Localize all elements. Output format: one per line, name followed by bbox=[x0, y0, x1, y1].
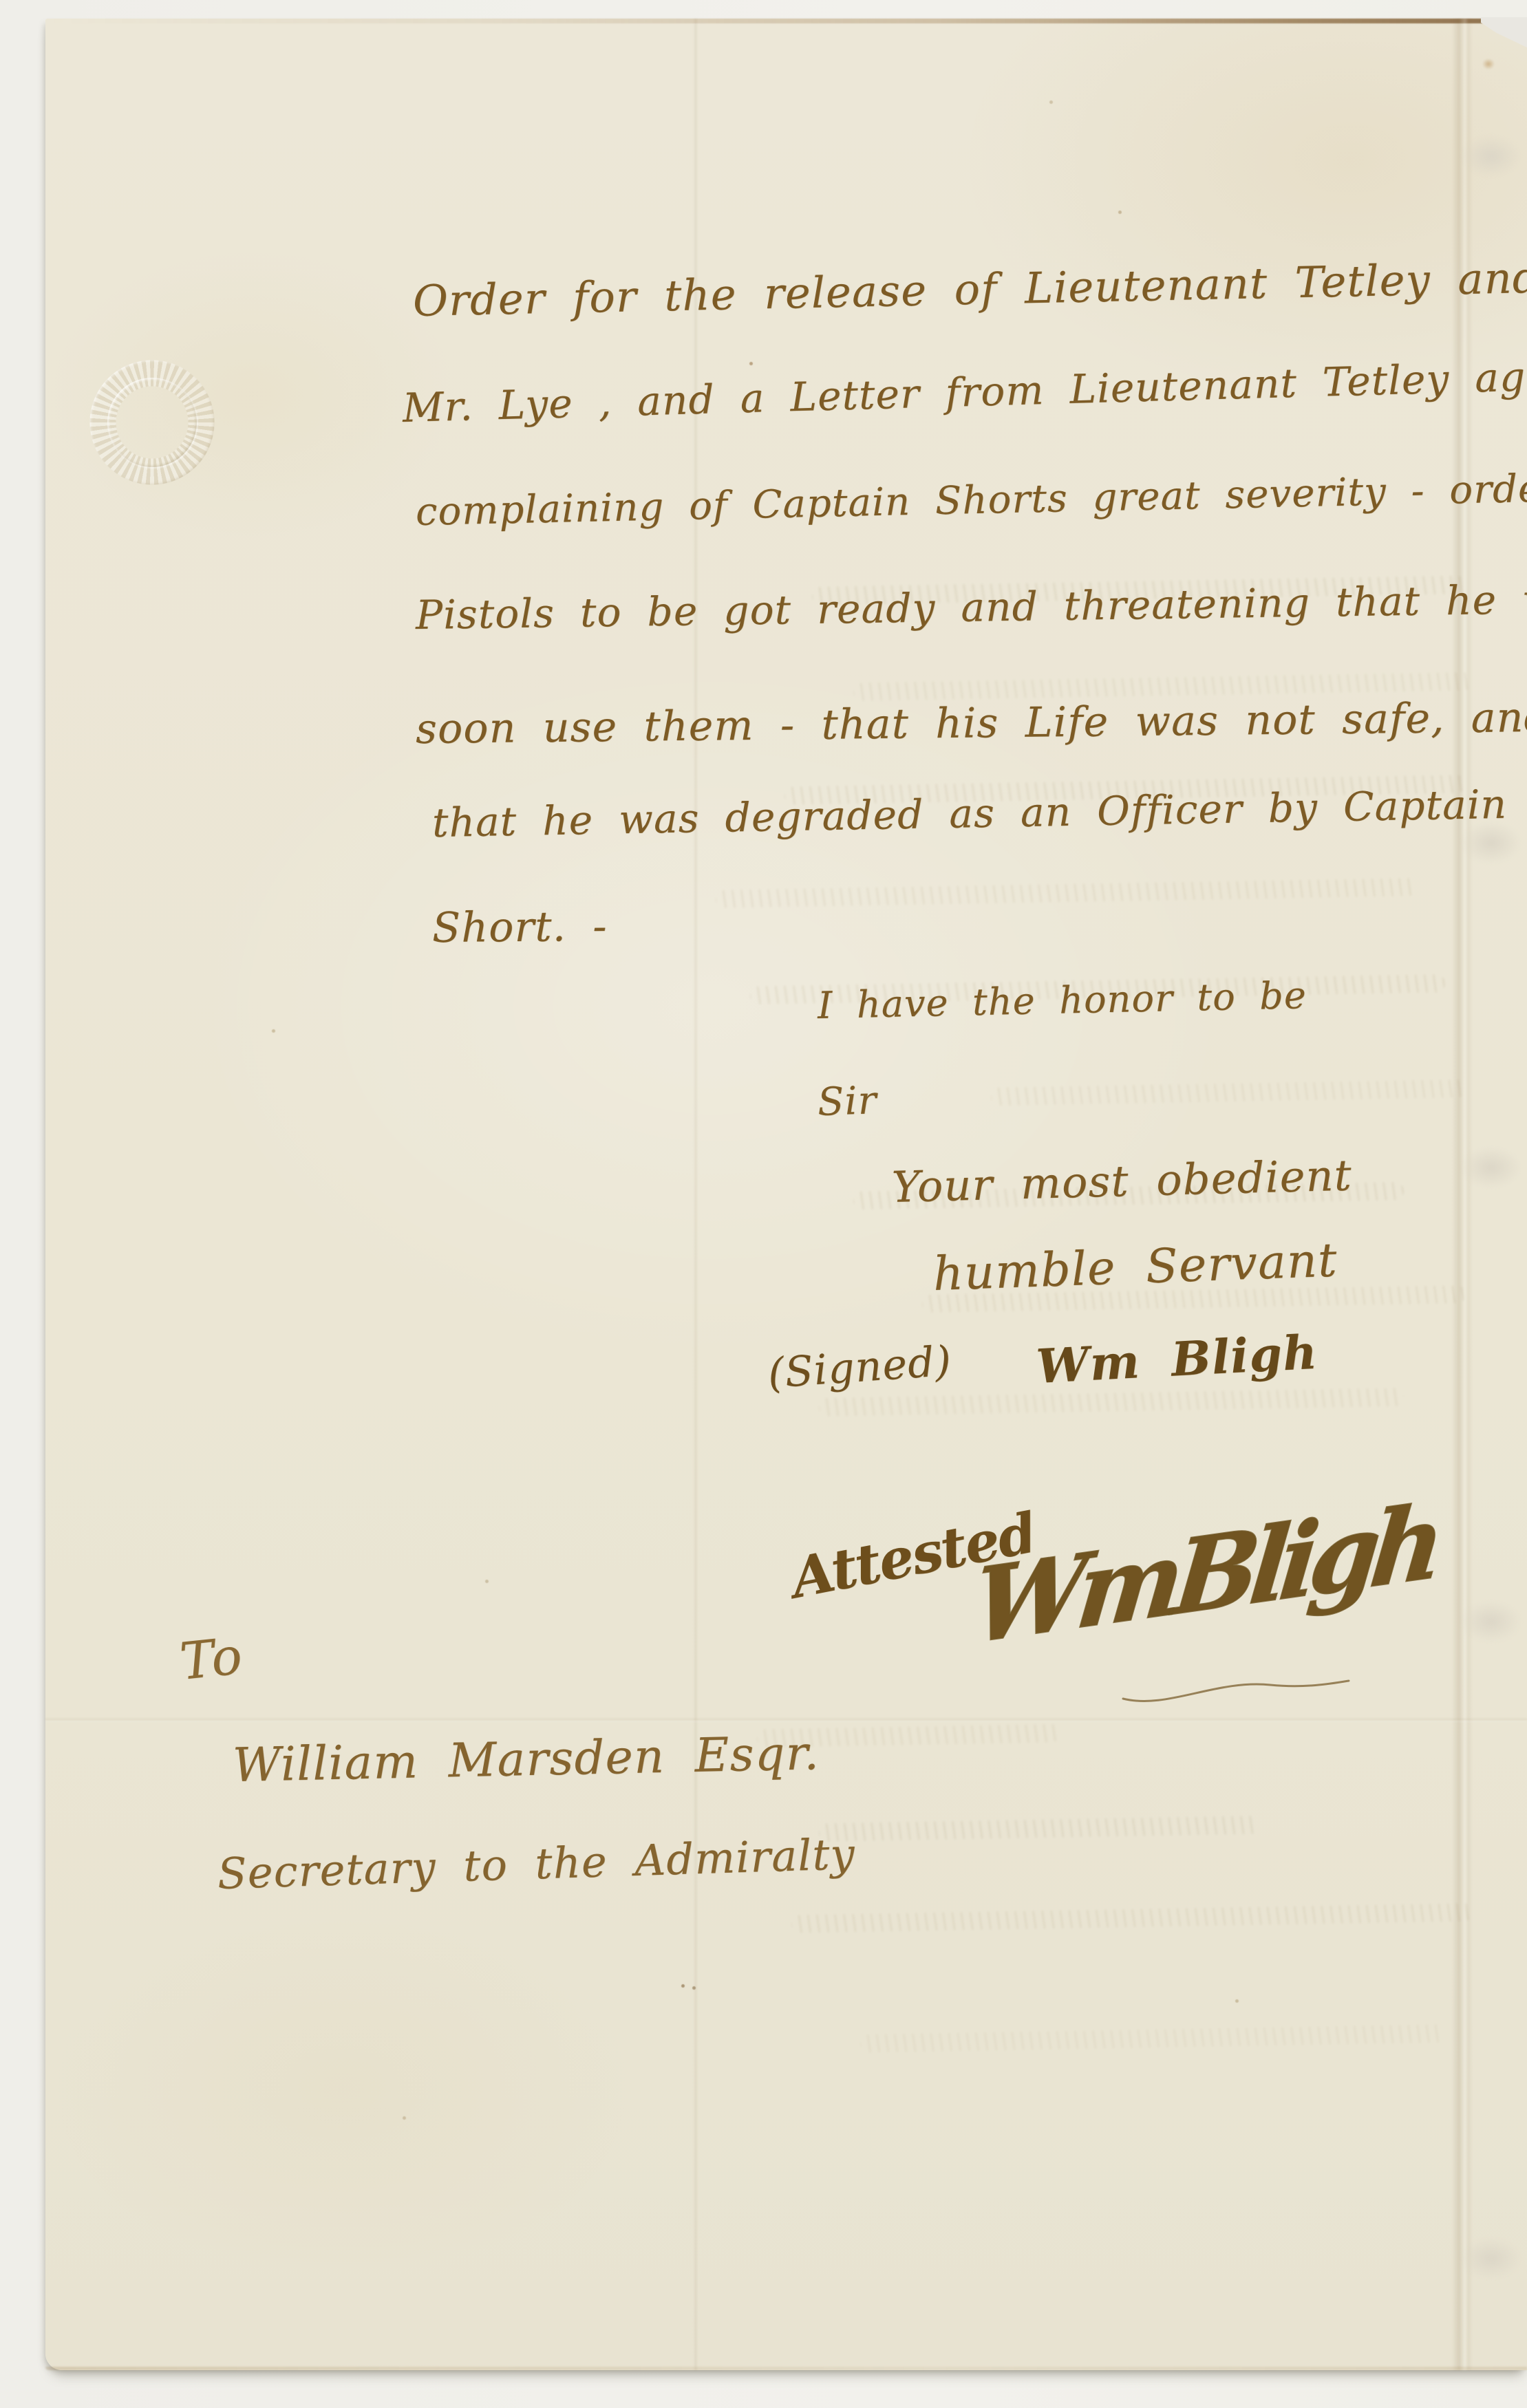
signed-label: (Signed) bbox=[767, 1340, 953, 1395]
mounting-residue-mark bbox=[1462, 822, 1521, 863]
ink-showthrough-line bbox=[819, 1816, 1259, 1841]
torn-corner-notch bbox=[1481, 17, 1527, 47]
letter-paper-sheet: Order for the release of Lieutenant Tetl… bbox=[45, 19, 1527, 2370]
letter-body-line: soon use them - that his Life was not sa… bbox=[416, 697, 1527, 750]
signature-flourish bbox=[1119, 1664, 1353, 1712]
paper-specks bbox=[45, 19, 47, 21]
letter-body-line: complaining of Captain Shorts great seve… bbox=[415, 468, 1527, 532]
address-title: Secretary to the Admiralty bbox=[217, 1833, 856, 1895]
closing-sir-line: Sir bbox=[817, 1082, 877, 1122]
mounting-residue-mark bbox=[1462, 2238, 1521, 2279]
letter-body-line: Order for the release of Lieutenant Tetl… bbox=[412, 257, 1527, 323]
closing-humble-servant-line: humble Servant bbox=[932, 1237, 1338, 1298]
ink-stain-spot bbox=[1482, 58, 1495, 69]
mounting-residue-mark bbox=[1462, 1147, 1521, 1188]
mounting-residue-mark bbox=[1462, 1601, 1521, 1642]
closing-honor-line: I have the honor to be bbox=[817, 977, 1307, 1024]
letter-body-line: Pistols to be got ready and threatening … bbox=[416, 578, 1527, 635]
signed-name: Wm Bligh bbox=[1035, 1329, 1318, 1390]
letter-body-line: that he was degraded as an Officer by Ca… bbox=[431, 784, 1507, 843]
mounting-residue-mark bbox=[1462, 136, 1521, 177]
letter-body-line: Short. - bbox=[432, 906, 608, 949]
horizontal-fold-crease bbox=[45, 1718, 1527, 1723]
ink-showthrough-line bbox=[819, 1388, 1404, 1417]
bligh-autograph-signature: WmBligh bbox=[969, 1491, 1441, 1659]
address-addressee: William Marsden Esqr. bbox=[232, 1730, 820, 1789]
letter-body-line: Mr. Lye , and a Letter from Lieutenant T… bbox=[402, 355, 1527, 428]
ink-showthrough-line bbox=[716, 878, 1418, 908]
ink-showthrough-line bbox=[860, 2025, 1445, 2053]
vertical-fold-crease-left bbox=[694, 19, 698, 2370]
letter-scan: Order for the release of Lieutenant Tetl… bbox=[0, 0, 1527, 2408]
ink-showthrough-line bbox=[991, 1079, 1466, 1106]
closing-obedient-line: Your most obedient bbox=[891, 1154, 1352, 1208]
address-salutation: To bbox=[178, 1631, 245, 1688]
ink-showthrough-line bbox=[791, 1903, 1473, 1933]
